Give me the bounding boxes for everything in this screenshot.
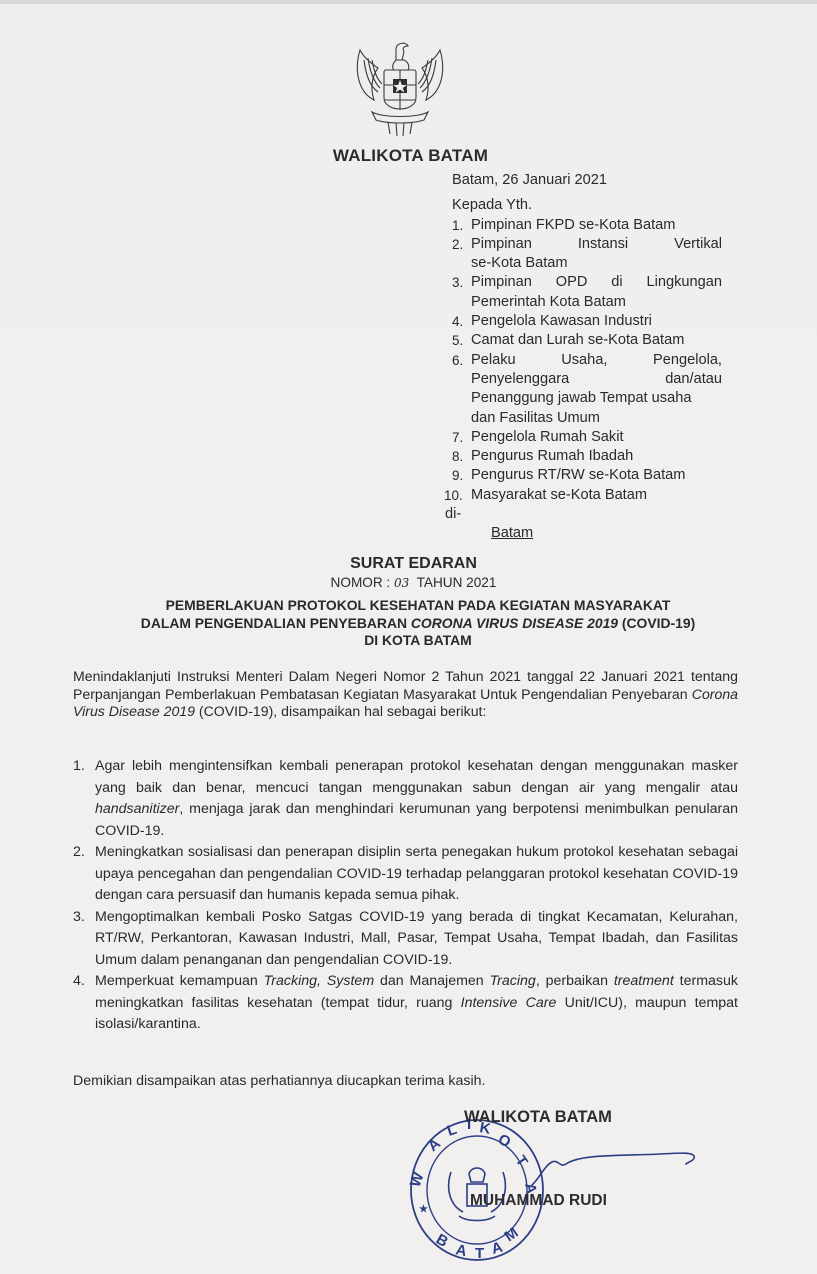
circular-subject: PEMBERLAKUAN PROTOKOL KESEHATAN PADA KEG… bbox=[60, 597, 776, 650]
signatory-name: MUHAMMAD RUDI bbox=[470, 1192, 607, 1210]
recipient-line: Pemerintah Kota Batam bbox=[471, 293, 722, 312]
recipient-line: Pimpinan Instansi Vertikal bbox=[471, 235, 722, 254]
recipient-number: 9. bbox=[452, 466, 468, 485]
svg-text:T: T bbox=[475, 1245, 484, 1262]
point-italic-term: treatment bbox=[614, 973, 674, 989]
recipient-number: 7. bbox=[452, 428, 468, 447]
recipient-item: 1.Pimpinan FKPD se-Kota Batam bbox=[452, 216, 722, 235]
point-number: 2. bbox=[73, 842, 85, 864]
recipient-line: Pimpinan OPD di Lingkungan bbox=[471, 273, 722, 292]
svg-text:O: O bbox=[495, 1131, 514, 1152]
recipient-line: Pengurus Rumah Ibadah bbox=[471, 447, 722, 466]
directive-points: 1.Agar lebih mengintensifkan kembali pen… bbox=[73, 756, 738, 1036]
recipient-item: 3.Pimpinan OPD di LingkunganPemerintah K… bbox=[452, 273, 722, 312]
point-text: Agar lebih mengintensifkan kembali pener… bbox=[95, 758, 738, 796]
subject-line-2-italic: CORONA VIRUS DISEASE 2019 bbox=[411, 615, 618, 631]
point-text: , menjaga jarak dan menghindari kerumuna… bbox=[95, 801, 738, 839]
garuda-emblem-icon bbox=[352, 30, 448, 142]
recipient-list: 1.Pimpinan FKPD se-Kota Batam2.Pimpinan … bbox=[452, 216, 722, 505]
addressee-block: Batam, 26 Januari 2021 Kepada Yth. 1.Pim… bbox=[452, 171, 722, 544]
recipient-line: Pengelola Rumah Sakit bbox=[471, 428, 722, 447]
directive-point: 3.Mengoptimalkan kembali Posko Satgas CO… bbox=[73, 907, 738, 972]
intro-text-a: Menindaklanjuti Instruksi Menteri Dalam … bbox=[73, 668, 738, 702]
point-text: dan Manajemen bbox=[374, 973, 489, 989]
point-text: , perbaikan bbox=[536, 973, 614, 989]
directive-point: 4.Memperkuat kemampuan Tracking, System … bbox=[73, 971, 738, 1036]
recipient-item: 7.Pengelola Rumah Sakit bbox=[452, 428, 722, 447]
subject-line-1: PEMBERLAKUAN PROTOKOL KESEHATAN PADA KEG… bbox=[60, 597, 776, 615]
recipient-item: 9.Pengurus RT/RW se-Kota Batam bbox=[452, 466, 722, 485]
recipient-line: Masyarakat se-Kota Batam bbox=[471, 486, 722, 505]
circular-title: SURAT EDARAN bbox=[0, 555, 817, 573]
recipient-number: 1. bbox=[452, 216, 468, 235]
signatory-title: WALIKOTA BATAM bbox=[464, 1108, 612, 1127]
recipient-number: 2. bbox=[452, 235, 468, 254]
recipient-number: 4. bbox=[452, 312, 468, 331]
recipient-number: 6. bbox=[452, 351, 468, 370]
recipient-number: 10. bbox=[444, 486, 460, 505]
point-number: 3. bbox=[73, 907, 85, 929]
recipient-line: Pelaku Usaha, Pengelola, bbox=[471, 351, 722, 370]
org-title: WALIKOTA BATAM bbox=[0, 146, 817, 166]
letter-page: WALIKOTA BATAM Batam, 26 Januari 2021 Ke… bbox=[0, 0, 817, 1274]
point-italic-term: Tracing bbox=[490, 973, 536, 989]
directive-point: 1.Agar lebih mengintensifkan kembali pen… bbox=[73, 756, 738, 842]
circular-number: NOMOR : 03 TAHUN 2021 bbox=[0, 575, 817, 590]
point-italic-term: Intensive Care bbox=[461, 995, 557, 1011]
kepada-label: Kepada Yth. bbox=[452, 196, 722, 215]
recipient-item: 10.Masyarakat se-Kota Batam bbox=[452, 486, 722, 505]
di-label: di- bbox=[445, 505, 722, 524]
number-prefix: NOMOR : bbox=[331, 575, 391, 590]
point-text: Mengoptimalkan kembali Posko Satgas COVI… bbox=[95, 909, 738, 968]
closing-sentence: Demikian disampaikan atas perhatiannya d… bbox=[73, 1073, 485, 1089]
number-value-handwritten: 03 bbox=[394, 576, 409, 590]
location-batam: Batam bbox=[491, 524, 722, 543]
recipient-line: Penanggung jawab Tempat usaha bbox=[471, 389, 722, 408]
subject-line-2-suffix: (COVID-19) bbox=[618, 615, 695, 631]
svg-text:A: A bbox=[454, 1241, 468, 1260]
subject-line-3: DI KOTA BATAM bbox=[60, 632, 776, 650]
recipient-line: Pengelola Kawasan Industri bbox=[471, 312, 722, 331]
paper-top-edge bbox=[0, 0, 817, 4]
recipient-item: 4.Pengelola Kawasan Industri bbox=[452, 312, 722, 331]
recipient-line: se-Kota Batam bbox=[471, 254, 722, 273]
number-suffix: TAHUN 2021 bbox=[417, 575, 497, 590]
directive-point: 2.Meningkatkan sosialisasi dan penerapan… bbox=[73, 842, 738, 907]
svg-text:B: B bbox=[433, 1231, 451, 1251]
point-number: 1. bbox=[73, 756, 85, 778]
recipient-line: Penyelenggara dan/atau bbox=[471, 370, 722, 389]
handwritten-signature-icon bbox=[530, 1140, 700, 1190]
svg-text:M: M bbox=[502, 1224, 522, 1245]
svg-text:W: W bbox=[407, 1169, 428, 1189]
recipient-item: 6.Pelaku Usaha, Pengelola,Penyelenggara … bbox=[452, 351, 722, 428]
svg-text:A: A bbox=[490, 1239, 505, 1258]
recipient-line: Camat dan Lurah se-Kota Batam bbox=[471, 331, 722, 350]
recipient-number: 8. bbox=[452, 447, 468, 466]
point-italic-term: Tracking, System bbox=[264, 973, 374, 989]
intro-text-b: (COVID-19), disampaikan hal sebagai beri… bbox=[195, 703, 486, 719]
subject-line-2-text: DALAM PENGENDALIAN PENYEBARAN bbox=[141, 615, 411, 631]
recipient-item: 8.Pengurus Rumah Ibadah bbox=[452, 447, 722, 466]
point-italic-term: handsanitizer bbox=[95, 801, 179, 817]
point-text: Meningkatkan sosialisasi dan penerapan d… bbox=[95, 844, 738, 903]
subject-line-2: DALAM PENGENDALIAN PENYEBARAN CORONA VIR… bbox=[60, 615, 776, 633]
svg-text:★: ★ bbox=[419, 1204, 428, 1215]
point-text: Memperkuat kemampuan bbox=[95, 973, 264, 989]
recipient-item: 2.Pimpinan Instansi Vertikalse-Kota Bata… bbox=[452, 235, 722, 274]
recipient-line: dan Fasilitas Umum bbox=[471, 409, 722, 428]
point-number: 4. bbox=[73, 971, 85, 993]
recipient-item: 5.Camat dan Lurah se-Kota Batam bbox=[452, 331, 722, 350]
recipient-line: Pengurus RT/RW se-Kota Batam bbox=[471, 466, 722, 485]
recipient-number: 5. bbox=[452, 331, 468, 350]
recipient-number: 3. bbox=[452, 273, 468, 292]
letter-date: Batam, 26 Januari 2021 bbox=[452, 171, 722, 190]
intro-paragraph: Menindaklanjuti Instruksi Menteri Dalam … bbox=[73, 668, 738, 721]
recipient-line: Pimpinan FKPD se-Kota Batam bbox=[471, 216, 722, 235]
